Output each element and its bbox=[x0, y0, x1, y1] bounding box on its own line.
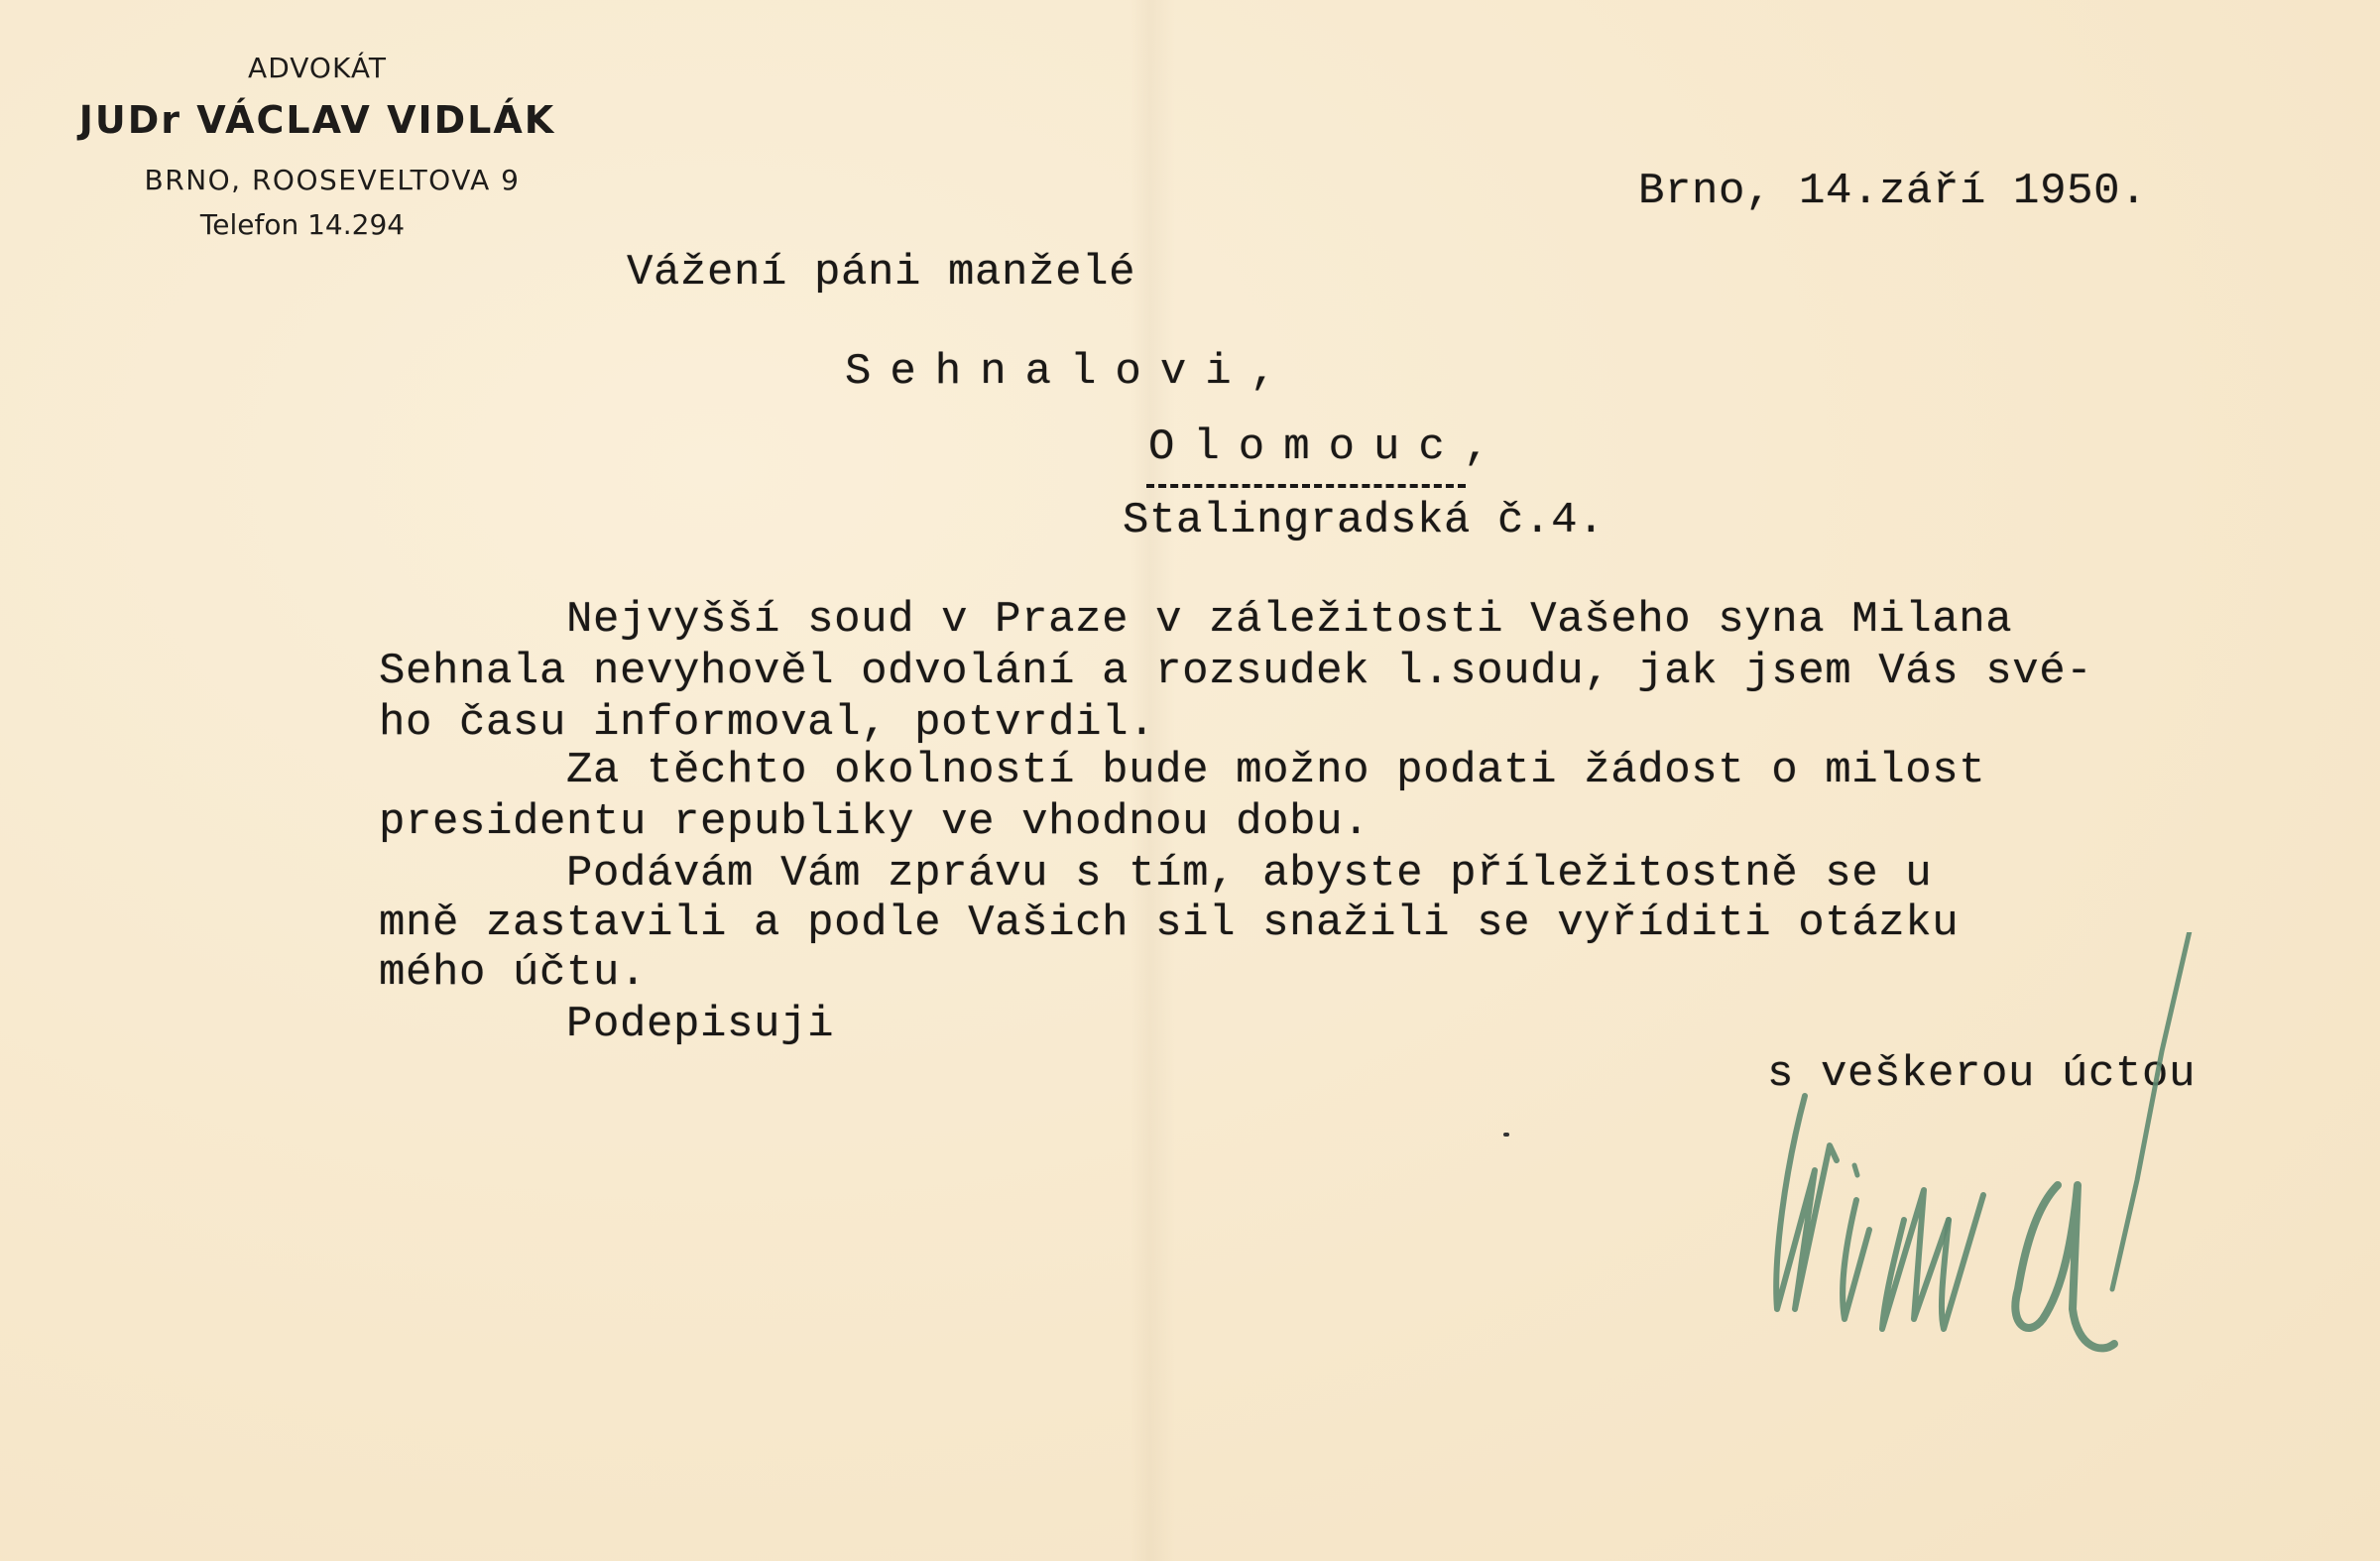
city-underline bbox=[1146, 484, 1466, 488]
recipient-name: Sehnalovi, bbox=[845, 347, 1295, 397]
signature bbox=[1745, 932, 2261, 1369]
body-line: Sehnala nevyhověl odvolání a rozsudek l.… bbox=[379, 647, 2092, 696]
body-line: mého účtu. bbox=[379, 948, 647, 998]
body-line: ho času informoval, potvrdil. bbox=[379, 698, 1155, 748]
body-line: Nejvyšší soud v Praze v záležitosti Vaše… bbox=[379, 595, 2012, 645]
recipient-city: Olomouc, bbox=[1148, 422, 1508, 472]
body-line: Podepisuji bbox=[379, 1000, 834, 1049]
letterhead-phone: Telefon 14.294 bbox=[30, 208, 575, 241]
letterhead-address: BRNO, ROOSEVELTOVA 9 bbox=[89, 164, 575, 196]
body-line: Za těchto okolností bude možno podati žá… bbox=[379, 746, 1985, 795]
body-line: mně zastavili a podle Vašich sil snažili… bbox=[379, 899, 1959, 948]
ink-speck bbox=[1503, 1133, 1509, 1137]
body-line: presidentu republiky ve vhodnou dobu. bbox=[379, 797, 1369, 847]
letter-date: Brno, 14.září 1950. bbox=[1638, 167, 2147, 216]
recipient-street: Stalingradská č.4. bbox=[1123, 496, 1605, 545]
body-line: Podávám Vám zprávu s tím, abyste příleži… bbox=[379, 849, 1932, 899]
letterhead-name: JUDr VÁCLAV VIDLÁK bbox=[59, 98, 575, 142]
letterhead-title: ADVOKÁT bbox=[59, 52, 575, 84]
salutation: Vážení páni manželé bbox=[627, 248, 1135, 298]
letterhead: ADVOKÁT JUDr VÁCLAV VIDLÁK BRNO, ROOSEVE… bbox=[59, 52, 575, 241]
